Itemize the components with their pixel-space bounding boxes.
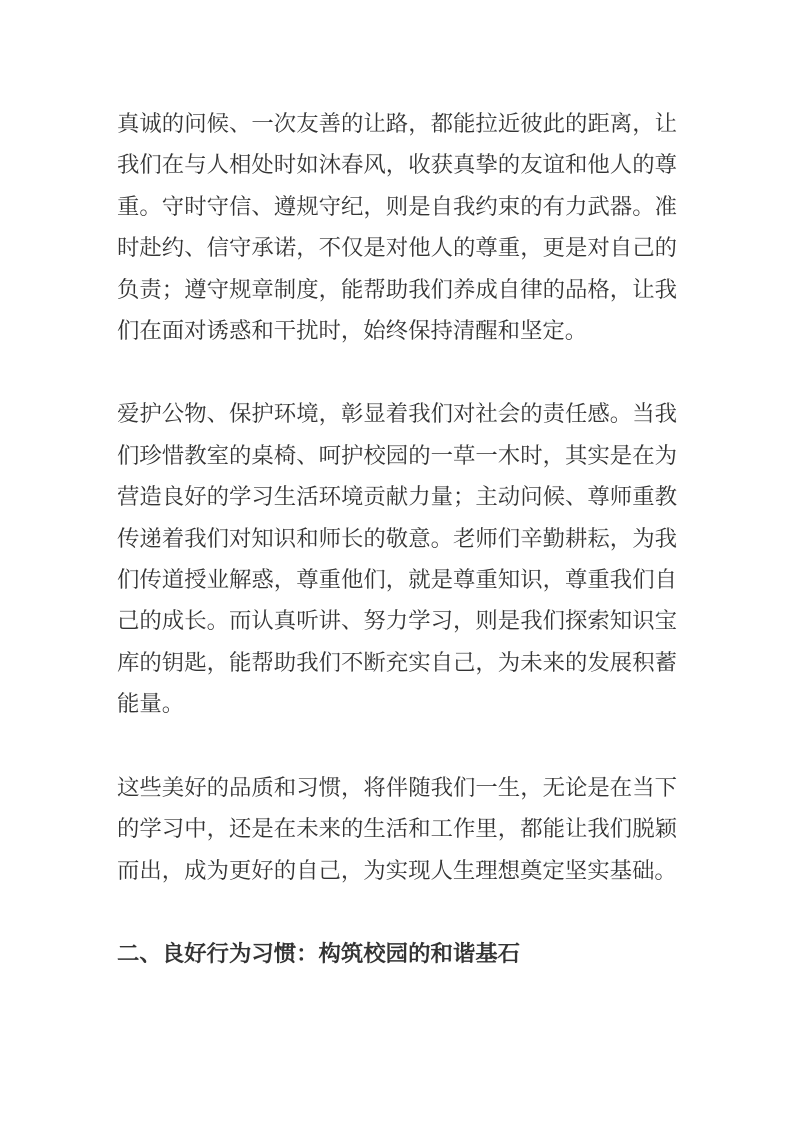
- paragraph-3: 这些美好的品质和习惯，将伴随我们一生，无论是在当下的学习中，还是在未来的生活和工…: [117, 768, 677, 892]
- paragraph-2: 爱护公物、保护环境，彰显着我们对社会的责任感。当我们珍惜教室的桌椅、呵护校园的一…: [117, 394, 677, 725]
- paragraph-1: 真诚的问候、一次友善的让路，都能拉近彼此的距离，让我们在与人相处时如沐春风，收获…: [117, 104, 677, 352]
- document-page: 真诚的问候、一次友善的让路，都能拉近彼此的距离，让我们在与人相处时如沐春风，收获…: [0, 0, 793, 1122]
- section-heading: 二、良好行为习惯：构筑校园的和谐基石: [117, 934, 677, 975]
